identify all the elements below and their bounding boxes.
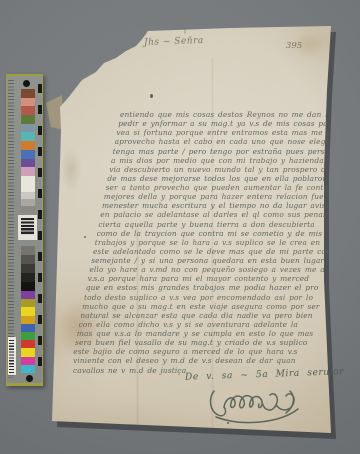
color-patch-pink bbox=[21, 167, 35, 176]
color-patch-green bbox=[21, 332, 35, 340]
color-patch-column-upper bbox=[21, 89, 35, 185]
color-patch-yellow bbox=[21, 307, 35, 315]
color-patch-blue bbox=[21, 324, 35, 332]
grayscale-step-gray-1 bbox=[21, 185, 35, 192]
color-patch-olive-green bbox=[21, 115, 35, 124]
color-patch-brick-red bbox=[21, 106, 35, 115]
photo-background: † Jhs ~ Señra 395 entiendo que mis cosas… bbox=[0, 0, 360, 454]
color-patch-white bbox=[21, 176, 35, 185]
color-patch-red bbox=[21, 340, 35, 348]
color-patch-orange bbox=[21, 141, 35, 150]
color-patch-blue bbox=[21, 150, 35, 159]
dark-grayscale-wedge bbox=[21, 246, 35, 291]
barcode-label-bottom bbox=[8, 337, 16, 375]
grayscale-step-dark-3 bbox=[21, 264, 35, 273]
grayscale-step-gray-4 bbox=[21, 206, 35, 213]
grayscale-wedge bbox=[21, 185, 35, 214]
ruler-ticks bbox=[8, 80, 14, 378]
grayscale-step-dark-5 bbox=[21, 282, 35, 291]
barcode-label-top bbox=[18, 215, 37, 240]
paper-edge-shading bbox=[0, 0, 360, 454]
grayscale-step-dark-4 bbox=[21, 273, 35, 282]
registration-dot-bottom bbox=[26, 375, 33, 382]
barcode-icon bbox=[21, 218, 34, 235]
grayscale-step-gray-3 bbox=[21, 199, 35, 206]
color-patch-slate-blue bbox=[21, 124, 35, 133]
barcode-icon bbox=[9, 339, 14, 373]
grayscale-step-gray-2 bbox=[21, 192, 35, 199]
color-patch-olive bbox=[21, 299, 35, 307]
calibration-strip bbox=[6, 74, 43, 386]
color-patch-magenta bbox=[21, 357, 35, 365]
registration-dot-top bbox=[23, 80, 30, 87]
color-patch-column-lower bbox=[21, 291, 35, 373]
color-patch-mustard bbox=[21, 316, 35, 324]
grayscale-step-dark-1 bbox=[21, 246, 35, 255]
color-patch-purple bbox=[21, 291, 35, 299]
color-patch-turquoise bbox=[21, 132, 35, 141]
dash-column bbox=[38, 84, 42, 378]
color-patch-salmon bbox=[21, 98, 35, 107]
grayscale-step-dark-2 bbox=[21, 255, 35, 264]
color-patch-yellow-2 bbox=[21, 348, 35, 356]
color-patch-violet bbox=[21, 159, 35, 168]
color-patch-brown bbox=[21, 89, 35, 98]
color-patch-cyan bbox=[21, 365, 35, 373]
